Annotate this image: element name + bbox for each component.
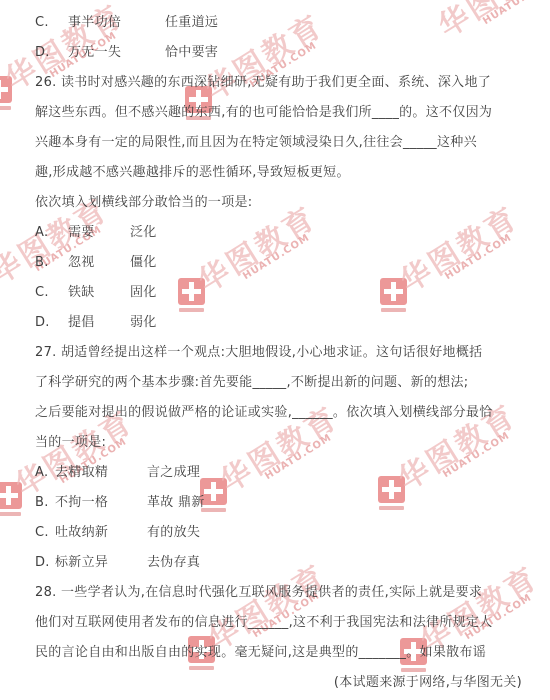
exam-page: 华图教育 HUATU.COM 华图教育 HUATU.COM 华图教育 HUATU… [0,0,550,700]
question-26-stem-line: 解这些东西。但不感兴趣的东西,有的也可能恰恰是我们所____的。这不仅因为 [35,98,522,128]
option-label: D. [35,548,55,578]
option-first-blank: 忽视 [68,248,130,278]
option-row-a: A. 需要 泛化 [35,218,522,248]
option-first-blank: 吐故纳新 [55,518,147,548]
option-second-blank: 恰中要害 [165,38,218,68]
option-first-blank: 不拘一格 [55,488,147,518]
question-27-stem-line: 27. 胡适曾经提出这样一个观点:大胆地假设,小心地求证。这句话很好地概括 [35,338,522,368]
option-second-blank: 革故 鼎新 [147,488,205,518]
option-second-blank: 去伪存真 [147,548,200,578]
option-first-blank: 提倡 [68,308,130,338]
option-row-b: B. 不拘一格 革故 鼎新 [35,488,522,518]
option-second-blank: 有的放失 [147,518,200,548]
question-26-prompt: 依次填入划横线部分敢恰当的一项是: [35,188,522,218]
option-label: B. [35,248,68,278]
question-28-stem-line: 民的言论自由和出版自由的实现。毫无疑问,这是典型的_______。如果散布谣 [35,638,522,668]
document-content: C. 事半功倍 任重道远 D. 万无一失 恰中要害 26. 读书时对感兴趣的东西… [0,0,550,698]
source-note: (本试题来源于网络,与华图无关) [35,668,522,698]
option-label: D. [35,38,68,68]
question-28-stem-line: 他们对互联网使用者发布的信息进行______,这不利于我国宪法和法律所规定人 [35,608,522,638]
option-second-blank: 固化 [130,278,157,308]
question-28-stem-line: 28. 一些学者认为,在信息时代强化互联风服务提供者的责任,实际上就是要求 [35,578,522,608]
question-27-stem-line: 了科学研究的两个基本步骤:首先要能_____,不断提出新的问题、新的想法; [35,368,522,398]
option-row-d: D. 标新立异 去伪存真 [35,548,522,578]
option-row-c: C. 铁缺 固化 [35,278,522,308]
option-label: C. [35,8,68,38]
option-first-blank: 标新立异 [55,548,147,578]
option-first-blank: 去精取精 [55,458,147,488]
option-second-blank: 僵化 [130,248,157,278]
question-26-stem-line: 兴趣本身有一定的局限性,而且因为在特定领域浸染日久,往往会_____这种兴 [35,128,522,158]
option-first-blank: 万无一失 [68,38,165,68]
option-second-blank: 任重道远 [165,8,218,38]
option-first-blank: 铁缺 [68,278,130,308]
option-first-blank: 事半功倍 [68,8,165,38]
option-row-b: B. 忽视 僵化 [35,248,522,278]
question-27-stem-line: 之后要能对提出的假说做严格的论证或实验,______。依次填入划横线部分最恰 [35,398,522,428]
option-first-blank: 需要 [68,218,130,248]
option-row-d: D. 万无一失 恰中要害 [35,38,522,68]
option-label: A. [35,458,55,488]
question-26-stem-line: 26. 读书时对感兴趣的东西深钻细研,无疑有助于我们更全面、系统、深入地了 [35,68,522,98]
question-27-prompt: 当的一项是: [35,428,522,458]
option-second-blank: 言之成理 [147,458,200,488]
option-row-c: C. 吐故纳新 有的放失 [35,518,522,548]
option-label: C. [35,518,55,548]
option-label: C. [35,278,68,308]
option-row-c: C. 事半功倍 任重道远 [35,8,522,38]
option-row-a: A. 去精取精 言之成理 [35,458,522,488]
option-label: B. [35,488,55,518]
option-second-blank: 弱化 [130,308,157,338]
option-label: A. [35,218,68,248]
option-second-blank: 泛化 [130,218,157,248]
option-label: D. [35,308,68,338]
question-26-stem-line: 趣,形成越不感兴趣越排斥的恶性循环,导致短板更短。 [35,158,522,188]
option-row-d: D. 提倡 弱化 [35,308,522,338]
